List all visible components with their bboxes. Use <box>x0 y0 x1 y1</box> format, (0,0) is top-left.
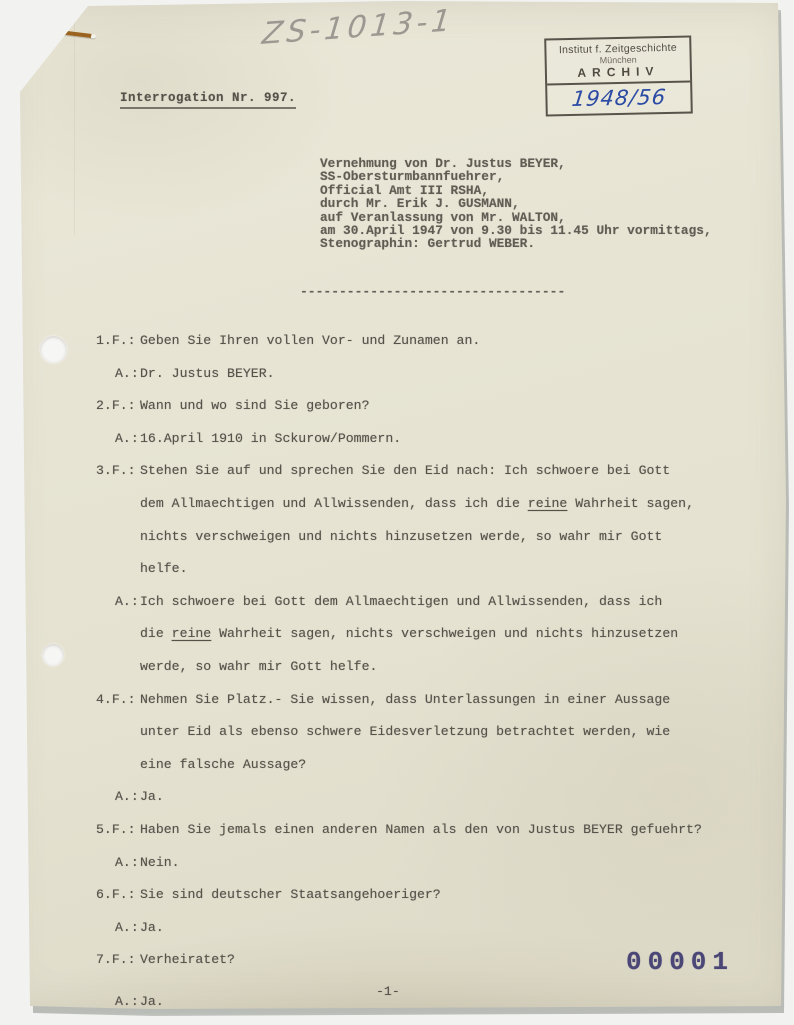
staple-mark <box>38 27 96 38</box>
page-stamp-number: 00001 <box>626 947 734 977</box>
qa-text-line: Geben Sie Ihren vollen Vor- und Zunamen … <box>140 325 756 358</box>
qa-text-line: Stehen Sie auf und sprechen Sie den Eid … <box>140 455 756 488</box>
qa-text-line: Ich schwoere bei Gott dem Allmaechtigen … <box>140 586 756 619</box>
header-block: Vernehmung von Dr. Justus BEYER,SS-Obers… <box>320 157 712 251</box>
qa-list: 1.F.:Geben Sie Ihren vollen Vor- und Zun… <box>96 325 756 1018</box>
qa-label: 4.F.: <box>96 684 136 717</box>
question-row: 2.F.:Wann und wo sind Sie geboren? <box>96 390 756 423</box>
qa-text: Geben Sie Ihren vollen Vor- und Zunamen … <box>140 325 756 358</box>
answer-row: A.:Dr. Justus BEYER. <box>96 358 756 391</box>
qa-label: A.: <box>115 586 139 619</box>
header-line: Vernehmung von Dr. Justus BEYER, <box>320 157 712 170</box>
qa-text-line: Wann und wo sind Sie geboren? <box>140 390 756 423</box>
hole-punch-bottom <box>42 644 64 666</box>
qa-text-line: werde, so wahr mir Gott helfe. <box>140 651 756 684</box>
handwritten-archive-code: ZS-1013-1 <box>260 3 456 52</box>
qa-label: 1.F.: <box>96 325 136 358</box>
page-number: -1- <box>376 984 400 999</box>
qa-label: 6.F.: <box>96 879 136 912</box>
qa-text: Wann und wo sind Sie geboren? <box>140 390 756 423</box>
answer-row: A.:Ja. <box>96 912 756 945</box>
answer-row: A.:Nein. <box>96 847 756 880</box>
qa-text-line: helfe. <box>140 553 756 586</box>
answer-row: A.:16.April 1910 in Sckurow/Pommern. <box>96 423 756 456</box>
qa-text-line: Ja. <box>140 781 756 814</box>
qa-label: A.: <box>115 358 139 391</box>
qa-label: 2.F.: <box>96 390 136 423</box>
qa-text-line: eine falsche Aussage? <box>140 749 756 782</box>
qa-text-line: Nein. <box>140 847 756 880</box>
header-line: SS-Obersturmbannfuehrer, <box>320 170 712 183</box>
corner-fold-line <box>0 2 49 89</box>
qa-label: 3.F.: <box>96 455 136 488</box>
qa-text: 16.April 1910 in Sckurow/Pommern. <box>140 423 756 456</box>
header-line: Official Amt III RSHA, <box>320 184 712 197</box>
qa-text-line: Ja. <box>140 912 756 945</box>
qa-text-line: 16.April 1910 in Sckurow/Pommern. <box>140 423 756 456</box>
qa-label: 5.F.: <box>96 814 136 847</box>
qa-text-line: nichts verschweigen und nichts hinzusetz… <box>140 521 756 554</box>
qa-text-line: Dr. Justus BEYER. <box>140 358 756 391</box>
qa-text: Nein. <box>140 847 756 880</box>
divider-line: ---------------------------------- <box>300 284 565 299</box>
qa-label: 7.F.: <box>96 944 136 977</box>
answer-row: A.:Ja. <box>96 781 756 814</box>
qa-text-line: Haben Sie jemals einen anderen Namen als… <box>140 814 756 847</box>
question-row: 5.F.:Haben Sie jemals einen anderen Name… <box>96 814 756 847</box>
question-row: 6.F.:Sie sind deutscher Staatsangehoerig… <box>96 879 756 912</box>
qa-text: Ja. <box>140 912 756 945</box>
qa-text-line: Sie sind deutscher Staatsangehoeriger? <box>140 879 756 912</box>
qa-label: A.: <box>115 847 139 880</box>
question-row: 4.F.:Nehmen Sie Platz.- Sie wissen, dass… <box>96 684 756 782</box>
archive-stamp: Institut f. Zeitgeschichte München ARCHI… <box>544 35 693 116</box>
qa-text: Stehen Sie auf und sprechen Sie den Eid … <box>140 455 756 585</box>
qa-text: Ja. <box>140 781 756 814</box>
archive-stamp-number: 1948/56 <box>546 82 692 114</box>
qa-label: A.: <box>115 423 139 456</box>
qa-text: Ich schwoere bei Gott dem Allmaechtigen … <box>140 586 756 684</box>
header-line: auf Veranlassung von Mr. WALTON, <box>320 211 712 224</box>
qa-label: A.: <box>115 781 139 814</box>
header-line: Stenographin: Gertrud WEBER. <box>320 237 712 250</box>
qa-text-line: die reine Wahrheit sagen, nichts verschw… <box>140 618 756 651</box>
qa-label: A.: <box>115 912 139 945</box>
qa-text-line: unter Eid als ebenso schwere Eidesverlet… <box>140 716 756 749</box>
qa-text-line: dem Allmaechtigen und Allwissenden, dass… <box>140 488 756 521</box>
qa-text: Haben Sie jemals einen anderen Namen als… <box>140 814 756 847</box>
header-line: durch Mr. Erik J. GUSMANN, <box>320 197 712 210</box>
qa-text-line: Nehmen Sie Platz.- Sie wissen, dass Unte… <box>140 684 756 717</box>
document-title: Interrogation Nr. 997. <box>120 91 296 109</box>
hole-punch-top <box>40 336 67 363</box>
answer-row: A.:Ich schwoere bei Gott dem Allmaechtig… <box>96 586 756 684</box>
header-line: am 30.April 1947 von 9.30 bis 11.45 Uhr … <box>320 224 712 237</box>
scan-background: ZS-1013-1 Institut f. Zeitgeschichte Mün… <box>0 0 794 1025</box>
question-row: 1.F.:Geben Sie Ihren vollen Vor- und Zun… <box>96 325 756 358</box>
qa-text: Dr. Justus BEYER. <box>140 358 756 391</box>
qa-text: Sie sind deutscher Staatsangehoeriger? <box>140 879 756 912</box>
document-page: ZS-1013-1 Institut f. Zeitgeschichte Mün… <box>0 0 794 1016</box>
qa-text: Nehmen Sie Platz.- Sie wissen, dass Unte… <box>140 684 756 782</box>
question-row: 3.F.:Stehen Sie auf und sprechen Sie den… <box>96 455 756 585</box>
